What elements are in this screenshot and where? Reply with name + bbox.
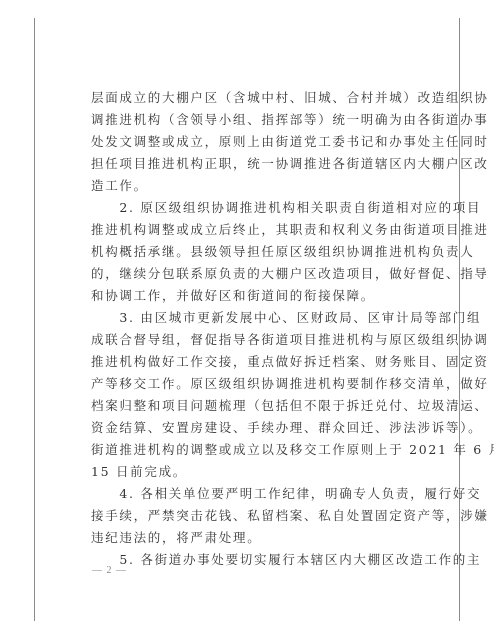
paragraph-2-line: 2. 原区级组织协调推进机构相关职责自街道相对应的项目 [91,197,415,219]
text-line: 处发文调整或成立，原则上由街道党工委书记和办事处主任同时 [91,131,415,153]
text-line: 层面成立的大棚户区（含城中村、旧城、合村并城）改造组织协 [91,87,415,109]
text-line: 街道推进机构的调整或成立以及移交工作原则上于 2021 年 6 月 [91,439,415,461]
text-line: 违纪违法的，将严肃处理。 [91,527,415,549]
text-line: 成联合督导组，督促指导各街道项目推进机构与原区级组织协调 [91,329,415,351]
text-line: 档案归整和项目问题梳理（包括但不限于拆迁兑付、垃圾清运、 [91,395,415,417]
paragraph-3-line: 3. 由区城市更新发展中心、区财政局、区审计局等部门组 [91,307,415,329]
text-line: 调推进机构（含领导小组、指挥部等）统一明确为由各街道办事 [91,109,415,131]
text-line: 的，继续分包联系原负责的大棚户区改造项目，做好督促、指导 [91,263,415,285]
text-line: 推进机构调整或成立后终止，其职责和权利义务由街道项目推进 [91,219,415,241]
text-line: 造工作。 [91,175,415,197]
text-line: 和协调工作，并做好区和街道间的衔接保障。 [91,285,415,307]
page-border-left [34,18,35,621]
paragraph-4-line: 4. 各相关单位要严明工作纪律，明确专人负责，履行好交 [91,483,415,505]
page-number: — 2 — [92,565,127,576]
paragraph-5-line: 5. 各街道办事处要切实履行本辖区内大棚区改造工作的主 [91,549,415,571]
text-line: 接手续，严禁突击花钱、私留档案、私自处置固定资产等，涉嫌 [91,505,415,527]
text-line: 产等移交工作。原区级组织协调推进机构要制作移交清单，做好 [91,373,415,395]
text-line: 15 日前完成。 [91,461,415,483]
text-line: 推进机构做好工作交接，重点做好拆迁档案、财务账目、固定资 [91,351,415,373]
text-line: 机构概括承继。县级领导担任原区级组织协调推进机构负责人 [91,241,415,263]
text-line: 资金结算、安置房建设、手续办理、群众回迁、涉法涉诉等）。 [91,417,415,439]
text-line: 担任项目推进机构正职，统一协调推进各街道辖区内大棚户区改 [91,153,415,175]
document-body: 层面成立的大棚户区（含城中村、旧城、合村并城）改造组织协 调推进机构（含领导小组… [91,87,415,571]
